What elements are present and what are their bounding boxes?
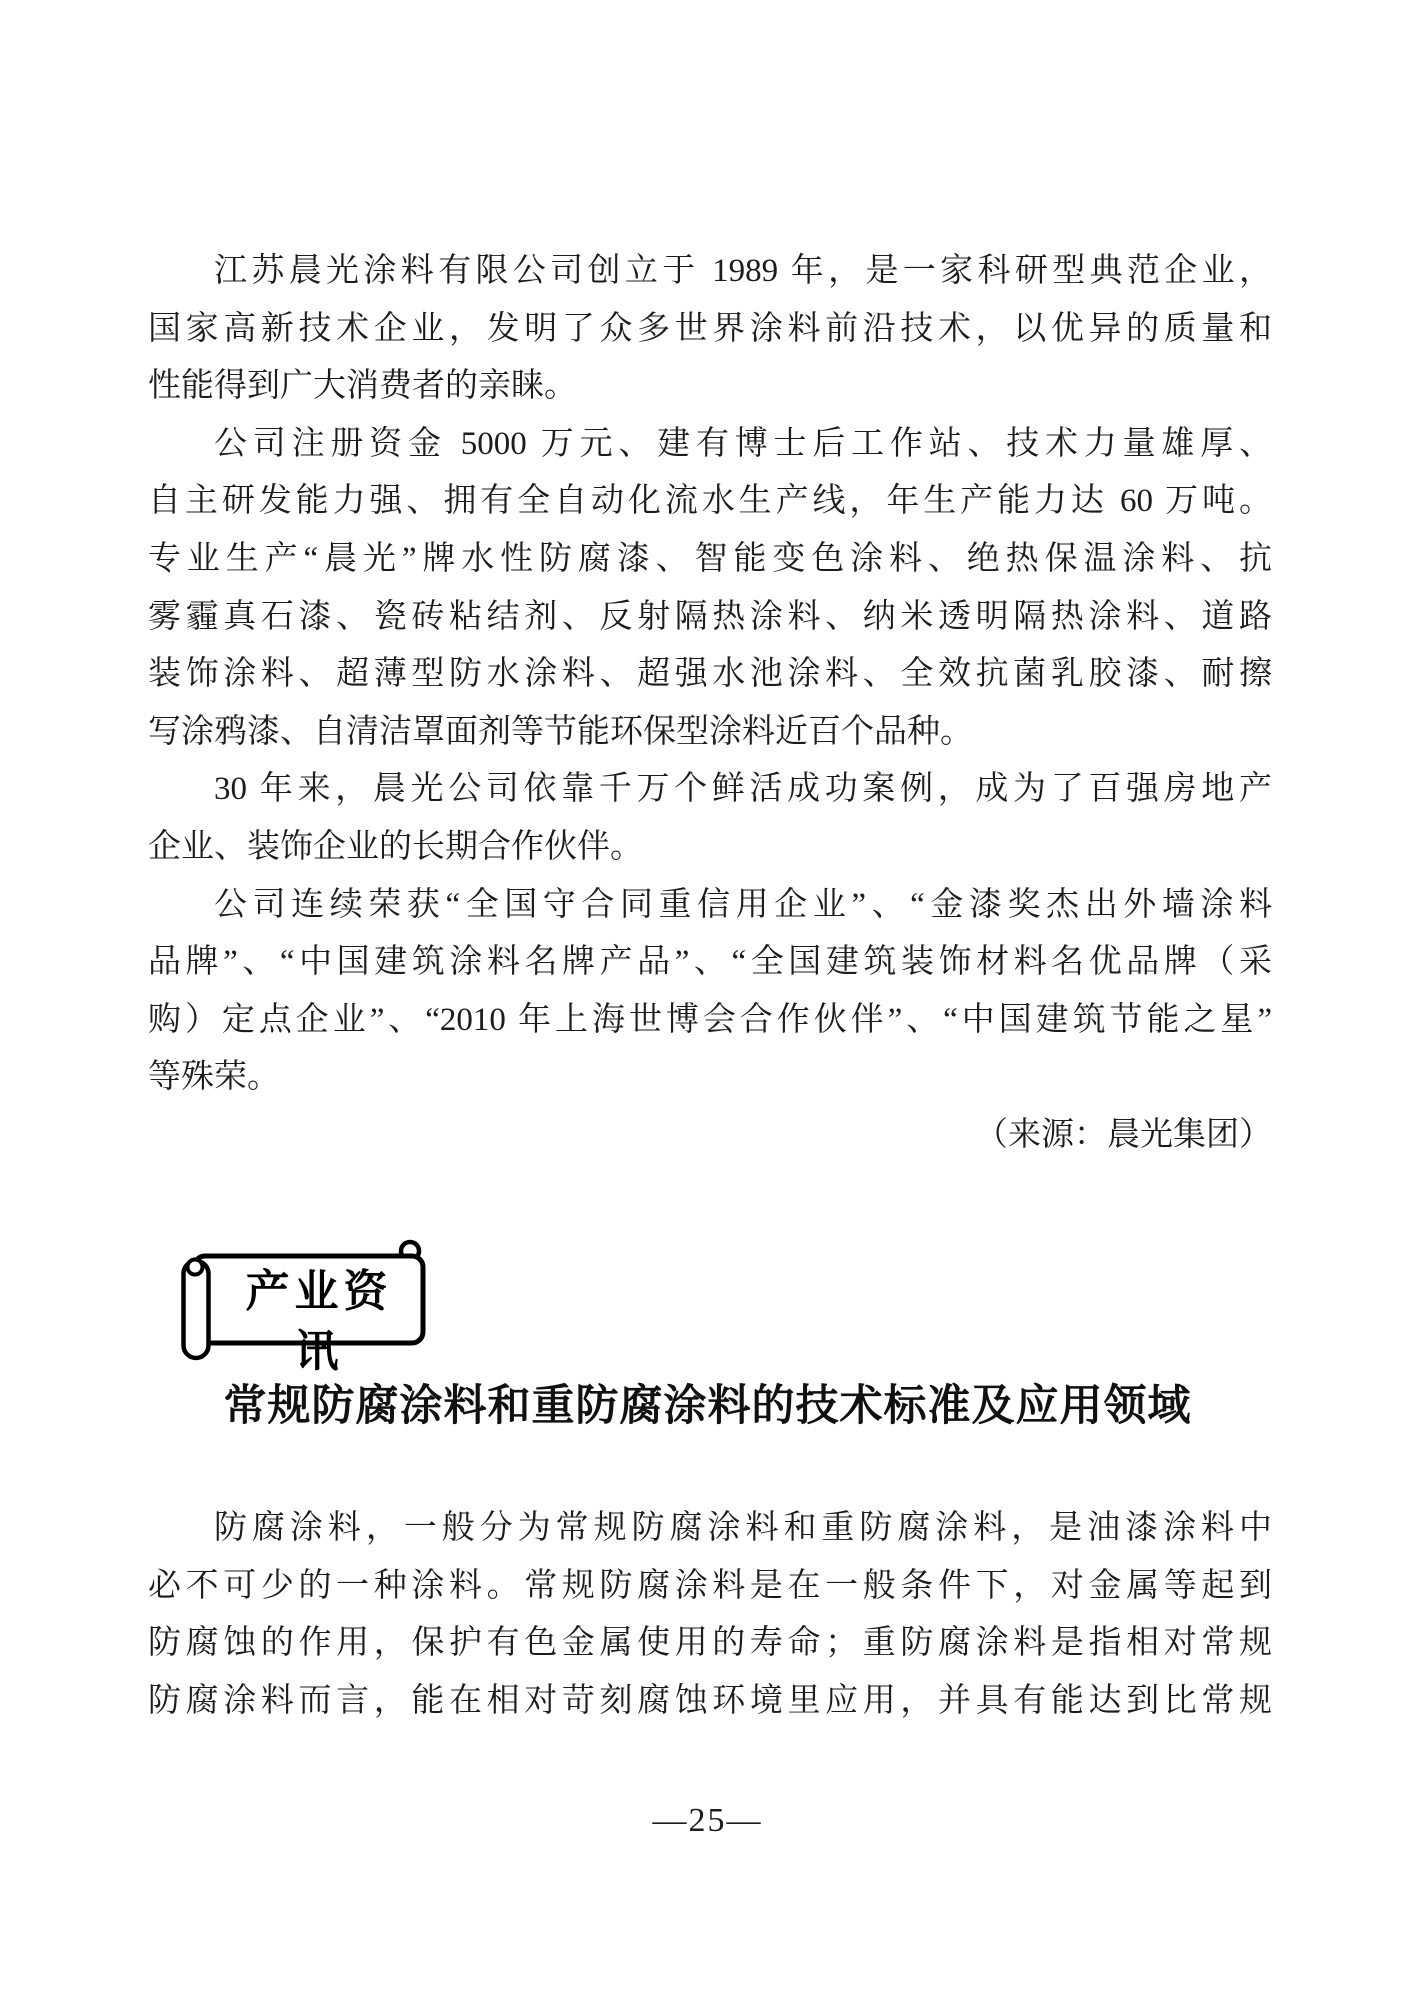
body-line: 30 年来，晨光公司依靠千万个鲜活成功案例，成为了百强房地产 (148, 761, 1272, 819)
article-headline: 常规防腐涂料和重防腐涂料的技术标准及应用领域 (0, 1372, 1415, 1433)
body-line: 装饰涂料、超薄型防水涂料、超强水池涂料、全效抗菌乳胶漆、耐擦 (148, 646, 1272, 704)
paragraph: 江苏晨光涂料有限公司创立于 1989 年，是一家科研型典范企业， 国家高新技术企… (148, 243, 1272, 416)
section-banner: 产业资讯 (181, 1238, 433, 1366)
paragraph: 公司连续荣获“全国守合同重信用企业”、“金漆奖杰出外墙涂料 品牌”、“中国建筑涂… (148, 877, 1272, 1107)
paragraph: 30 年来，晨光公司依靠千万个鲜活成功案例，成为了百强房地产 企业、装饰企业的长… (148, 761, 1272, 876)
body-line: 江苏晨光涂料有限公司创立于 1989 年，是一家科研型典范企业， (148, 243, 1272, 301)
body-line: 专业生产“晨光”牌水性防腐漆、智能变色涂料、绝热保温涂料、抗 (148, 531, 1272, 589)
source-attribution: （来源：晨光集团） (148, 1107, 1272, 1165)
body-line: 性能得到广大消费者的亲睐。 (148, 358, 1272, 416)
body-line: 等殊荣。 (148, 1049, 1272, 1107)
body-line: 写涂鸦漆、自清洁罩面剂等节能环保型涂料近百个品种。 (148, 704, 1272, 762)
section-banner-label: 产业资讯 (229, 1262, 409, 1382)
paragraph: 公司注册资金 5000 万元、建有博士后工作站、技术力量雄厚、 自主研发能力强、… (148, 416, 1272, 762)
body-line: 防腐涂料而言，能在相对苛刻腐蚀环境里应用，并具有能达到比常规 (148, 1673, 1272, 1731)
article-body-section: 防腐涂料，一般分为常规防腐涂料和重防腐涂料，是油漆涂料中 必不可少的一种涂料。常… (148, 1500, 1272, 1730)
body-line: 防腐涂料，一般分为常规防腐涂料和重防腐涂料，是油漆涂料中 (148, 1500, 1272, 1558)
body-line: 公司注册资金 5000 万元、建有博士后工作站、技术力量雄厚、 (148, 416, 1272, 474)
body-line: 国家高新技术企业，发明了众多世界涂料前沿技术，以优异的质量和 (148, 301, 1272, 359)
body-line: 企业、装饰企业的长期合作伙伴。 (148, 819, 1272, 877)
body-line: 雾霾真石漆、瓷砖粘结剂、反射隔热涂料、纳米透明隔热涂料、道路 (148, 589, 1272, 647)
company-intro-section: 江苏晨光涂料有限公司创立于 1989 年，是一家科研型典范企业， 国家高新技术企… (148, 243, 1272, 1165)
body-line: 公司连续荣获“全国守合同重信用企业”、“金漆奖杰出外墙涂料 (148, 877, 1272, 935)
body-line: 自主研发能力强、拥有全自动化流水生产线，年生产能力达 60 万吨。 (148, 473, 1272, 531)
body-line: 品牌”、“中国建筑涂料名牌产品”、“全国建筑装饰材料名优品牌（采 (148, 934, 1272, 992)
body-line: 必不可少的一种涂料。常规防腐涂料是在一般条件下，对金属等起到 (148, 1558, 1272, 1616)
body-line: 购）定点企业”、“2010 年上海世博会合作伙伴”、“中国建筑节能之星” (148, 992, 1272, 1050)
paragraph: 防腐涂料，一般分为常规防腐涂料和重防腐涂料，是油漆涂料中 必不可少的一种涂料。常… (148, 1500, 1272, 1730)
document-page: 江苏晨光涂料有限公司创立于 1989 年，是一家科研型典范企业， 国家高新技术企… (0, 0, 1415, 2000)
page-number: —25— (0, 1802, 1415, 1840)
body-line: 防腐蚀的作用，保护有色金属使用的寿命；重防腐涂料是指相对常规 (148, 1615, 1272, 1673)
